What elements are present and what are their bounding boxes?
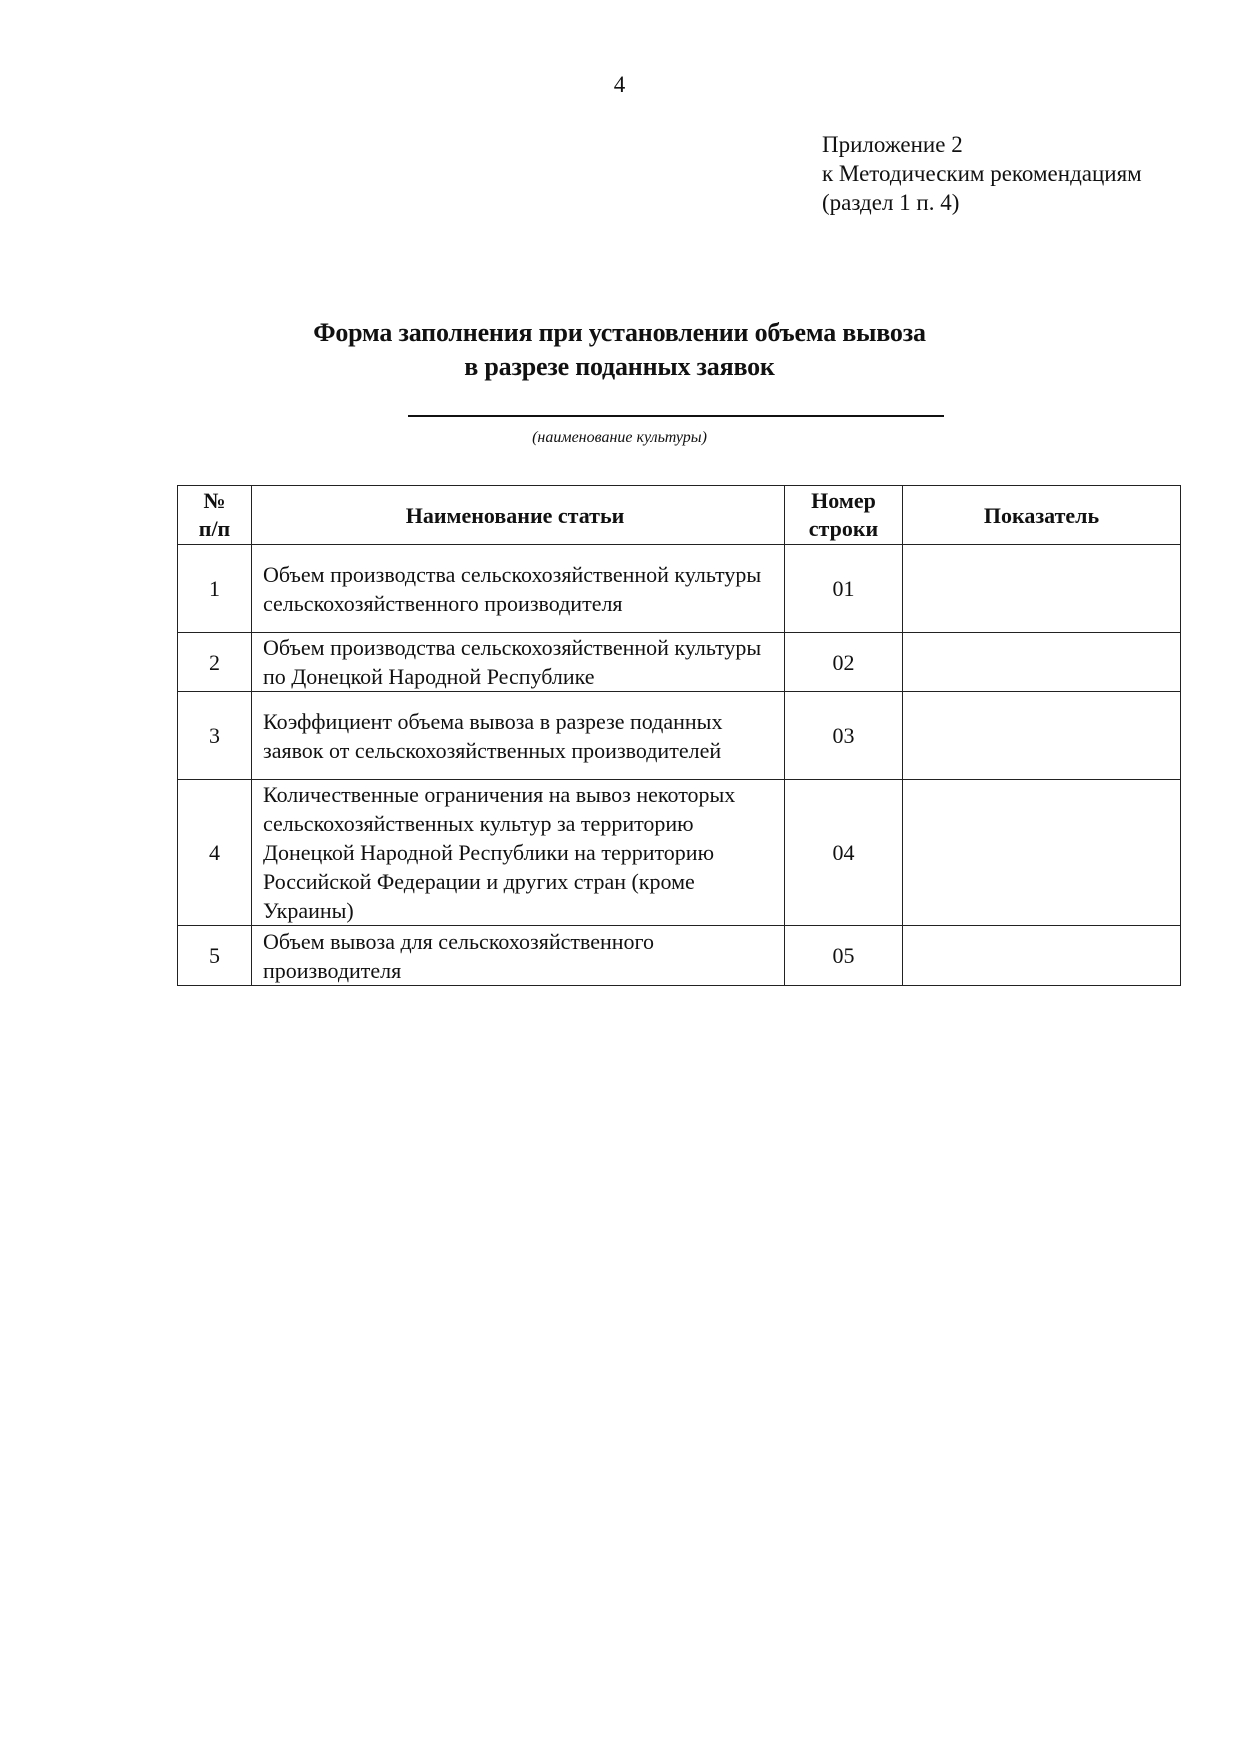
row-item-name: Коэффициент объема вывоза в разрезе пода… [252,692,785,780]
annex-line-1: Приложение 2 [822,130,1142,159]
header-num: № п/п [178,486,252,545]
row-number: 1 [178,545,252,633]
header-code: Номер строки [785,486,903,545]
form-title: Форма заполнения при установлении объема… [0,316,1239,384]
header-name: Наименование статьи [252,486,785,545]
row-line-code: 03 [785,692,903,780]
row-number: 4 [178,780,252,926]
annex-line-2: к Методическим рекомендациям [822,159,1142,188]
row-number: 2 [178,633,252,692]
row-line-code: 05 [785,926,903,986]
row-value-input[interactable] [903,780,1181,926]
culture-name-field[interactable] [408,415,944,417]
row-line-code: 01 [785,545,903,633]
table-header-row: № п/п Наименование статьи Номер строки П… [178,486,1181,545]
row-item-name: Объем вывоза для сельскохозяйственного п… [252,926,785,986]
row-value-input[interactable] [903,692,1181,780]
row-value-input[interactable] [903,633,1181,692]
header-value: Показатель [903,486,1181,545]
table-row: 2Объем производства сельскохозяйственной… [178,633,1181,692]
table-row: 3Коэффициент объема вывоза в разрезе под… [178,692,1181,780]
page-number: 4 [0,72,1239,98]
row-value-input[interactable] [903,545,1181,633]
row-item-name: Объем производства сельскохозяйственной … [252,633,785,692]
row-value-input[interactable] [903,926,1181,986]
row-number: 3 [178,692,252,780]
header-code-label: Номер строки [804,487,884,543]
row-line-code: 04 [785,780,903,926]
form-title-line-2: в разрезе поданных заявок [0,350,1239,384]
row-item-name: Объем производства сельскохозяйственной … [252,545,785,633]
row-item-name: Количественные ограничения на вывоз неко… [252,780,785,926]
form-table: № п/п Наименование статьи Номер строки П… [177,485,1181,986]
annex-line-3: (раздел 1 п. 4) [822,188,1142,217]
annex-reference: Приложение 2 к Методическим рекомендация… [822,130,1142,217]
header-num-label: № п/п [195,487,235,543]
table-row: 5Объем вывоза для сельскохозяйственного … [178,926,1181,986]
row-line-code: 02 [785,633,903,692]
culture-name-caption: (наименование культуры) [0,429,1239,447]
table-row: 1Объем производства сельскохозяйственной… [178,545,1181,633]
form-title-line-1: Форма заполнения при установлении объема… [0,316,1239,350]
row-number: 5 [178,926,252,986]
table-row: 4Количественные ограничения на вывоз нек… [178,780,1181,926]
